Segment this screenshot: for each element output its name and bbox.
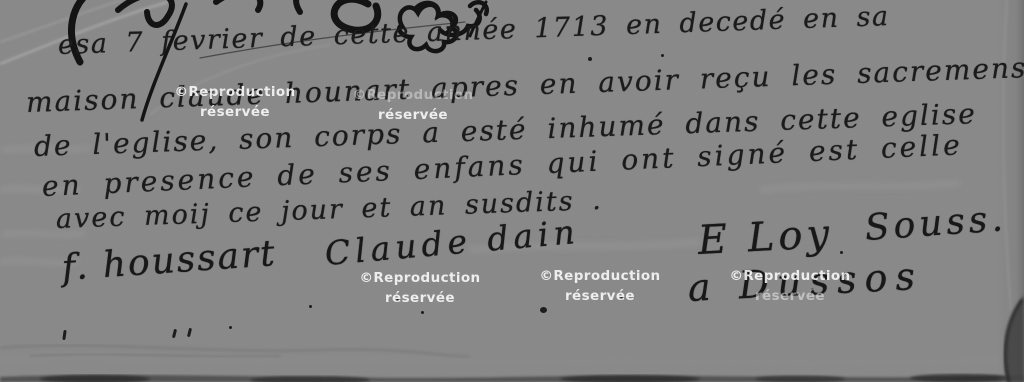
ink-speck xyxy=(620,297,623,300)
ink-speck xyxy=(396,299,399,302)
watermark-line1: ©Reproduction xyxy=(535,266,665,286)
watermark-line1: ©Reproduction xyxy=(355,268,485,288)
watermark: ©Reproduction réservée xyxy=(535,266,665,306)
watermark-line2: réservée xyxy=(535,286,665,306)
signature-eloy: E Loy xyxy=(697,211,834,264)
signature-houssart: f. houssart xyxy=(61,233,278,289)
ink-stroke-speck xyxy=(172,329,177,338)
watermark: ©Reproduction réservée xyxy=(355,268,485,308)
ink-speck xyxy=(840,251,843,254)
ink-speck xyxy=(661,54,664,57)
ink-speck xyxy=(588,57,592,61)
manuscript-page: esa 7 fevrier de cette année 1713 en dec… xyxy=(0,0,1024,382)
ink-stroke-speck xyxy=(62,330,66,340)
manuscript-line: esa 7 fevrier de cette année 1713 en dec… xyxy=(57,1,890,61)
ink-speck xyxy=(540,307,547,313)
bottom-fold xyxy=(0,345,1024,382)
ink-speck xyxy=(309,305,312,308)
signature-souscription: Souss. xyxy=(864,198,1008,249)
watermark-line2: réservée xyxy=(355,288,485,308)
ink-speck xyxy=(229,326,232,329)
ink-speck xyxy=(421,311,424,314)
ink-stroke-speck xyxy=(187,328,192,337)
